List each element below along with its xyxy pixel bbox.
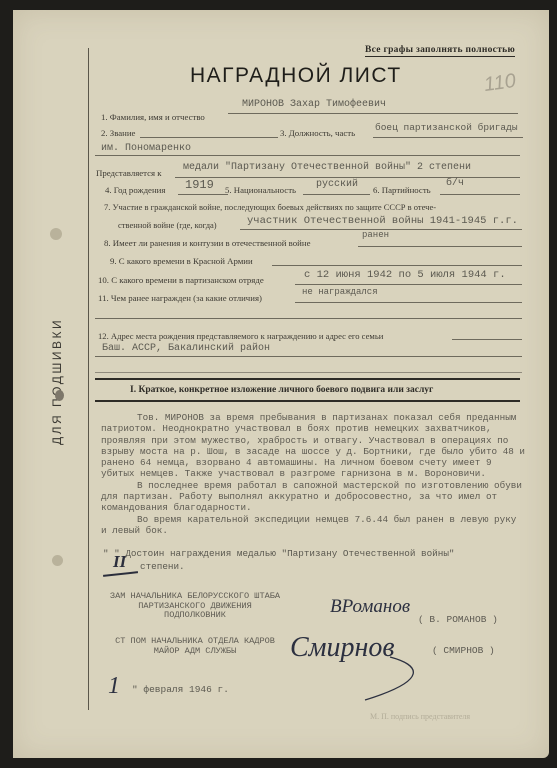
field-4-underline: [178, 194, 228, 195]
field-3-value-cont: им. Пономаренко: [101, 143, 191, 154]
date-day-handwritten: 1: [108, 673, 120, 700]
field-11-value: не награждался: [302, 287, 378, 297]
field-12-value: Баш. АССР, Бакалинский район: [102, 343, 270, 354]
field-12-label: 12. Адрес места рождения представляемого…: [98, 331, 383, 341]
field-8-underline: [358, 246, 522, 247]
field-10-value: с 12 июня 1942 по 5 июля 1944 г.: [304, 269, 506, 281]
field-10-label: 10. С какого времени в партизанском отря…: [98, 275, 264, 285]
field-3-underline: [373, 137, 523, 138]
binding-margin-line: [88, 48, 89, 710]
page-title: НАГРАДНОЙ ЛИСТ: [190, 64, 402, 88]
field-8-label: 8. Имеет ли ранения и контузии в отечест…: [104, 238, 311, 248]
field-2-label: 2. Звание: [101, 128, 135, 138]
field-11-underline-2: [95, 318, 522, 319]
signatory-1-title: ЗАМ НАЧАЛЬНИКА БЕЛОРУССКОГО ШТАБА ПАРТИЗ…: [100, 592, 290, 621]
field-6-value: б/ч: [446, 178, 464, 189]
archive-number: 110: [483, 70, 518, 97]
faint-footer-text: М. П. подпись представителя: [370, 712, 470, 721]
signatory-2-title: СТ ПОМ НАЧАЛЬНИКА ОТДЕЛА КАДРОВ МАЙОР АД…: [100, 637, 290, 656]
signatory-2-name: ( СМИРНОВ ): [432, 645, 495, 656]
field-1-value: МИРОНОВ Захар Тимофеевич: [242, 99, 386, 110]
field-4-label: 4. Год рождения: [105, 185, 165, 195]
date-rest: " февраля 1946 г.: [132, 684, 229, 695]
merits-paragraph: Тов. МИРОНОВ за время пребывания в парти…: [101, 412, 526, 480]
section-1-title: I. Краткое, конкретное изложение личного…: [130, 385, 433, 395]
field-5-underline: [303, 194, 370, 195]
field-9-underline: [272, 265, 522, 266]
field-5-label: 5. Национальность: [225, 185, 296, 195]
punch-hole: [55, 390, 64, 401]
field-9-label: 9. С какого времени в Красной Армии: [110, 256, 253, 266]
merits-description: Тов. МИРОНОВ за время пребывания в парти…: [101, 412, 526, 536]
field-3-label: 3. Должность, часть: [280, 128, 355, 138]
field-6-underline: [440, 194, 520, 195]
conclusion-text: " " Достоин награждения медалью "Партиза…: [103, 548, 454, 559]
nominated-label: Представляется к: [96, 168, 162, 178]
binding-label: ДЛЯ ПОДШИВКИ: [50, 318, 64, 445]
field-12-underline-2: [95, 356, 522, 357]
field-7-label: 7. Участие в гражданской войне, последую…: [104, 202, 436, 212]
field-3-value: боец партизанской бригады: [375, 122, 518, 133]
field-11-label: 11. Чем ранее награжден (за какие отличи…: [98, 293, 262, 303]
field-12-underline-3: [95, 372, 522, 373]
field-1-underline: [228, 113, 518, 114]
field-8-value: ранен: [362, 230, 389, 240]
field-1-label: 1. Фамилия, имя и отчество: [101, 112, 205, 122]
punch-hole: [52, 555, 63, 566]
field-10-underline: [295, 284, 522, 285]
field-2-underline: [140, 137, 278, 138]
field-3-underline-2: [95, 155, 520, 156]
field-7-value: участник Отечественной войны 1941-1945 г…: [247, 215, 518, 227]
field-5-value: русский: [316, 179, 358, 190]
merits-paragraph: В последнее время работал в сапожной мас…: [101, 480, 526, 514]
conclusion-text-cont: степени.: [140, 561, 185, 572]
field-11-underline: [295, 302, 522, 303]
merits-paragraph: Во время карательной экспедиции немцев 7…: [101, 514, 526, 537]
section-divider-bottom: [95, 400, 520, 402]
nominated-underline: [175, 177, 520, 178]
signatory-1-name: ( В. РОМАНОВ ): [418, 614, 498, 625]
nominated-value: медали "Партизану Отечественной войны" 2…: [183, 162, 471, 173]
field-7-label-cont: ственной войне (где, когда): [118, 220, 217, 230]
header-note: Все графы заполнять полностью: [365, 45, 515, 57]
field-12-underline: [452, 339, 522, 340]
field-6-label: 6. Партийность: [373, 185, 431, 195]
punch-hole: [50, 228, 62, 240]
signature-romanov: ВРоманов: [330, 596, 410, 618]
signature-flourish: [360, 655, 430, 705]
field-4-value: 1919: [185, 178, 214, 192]
section-divider-top: [95, 378, 520, 380]
